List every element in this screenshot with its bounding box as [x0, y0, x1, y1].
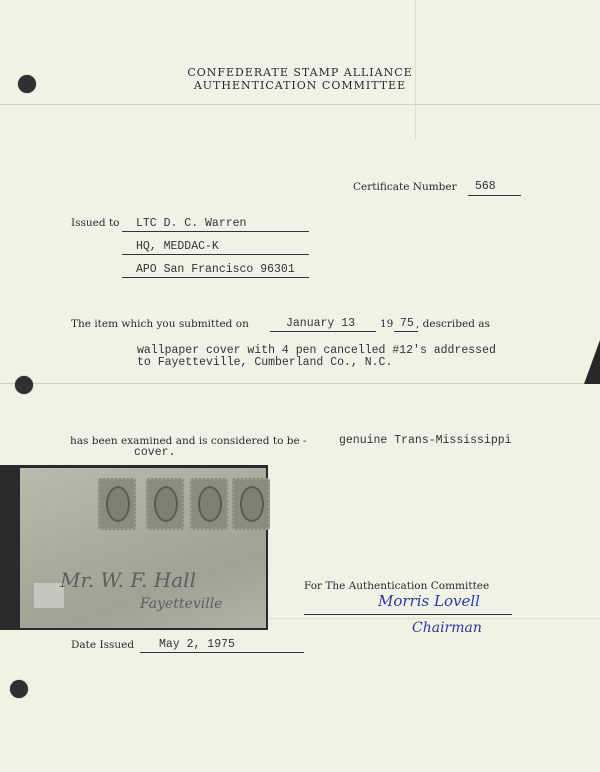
org-name: CONFEDERATE STAMP ALLIANCE	[0, 66, 600, 79]
underline	[122, 231, 309, 232]
recipient-name: LTC D. C. Warren	[136, 217, 246, 230]
examined-text: has been examined and is considered to b…	[70, 435, 307, 447]
cover-photo: Mr. W. F. Hall Fayetteville	[0, 465, 268, 630]
verdict-line2: cover.	[134, 446, 175, 459]
submission-year: 75	[400, 317, 414, 330]
fold-line	[0, 104, 600, 105]
punch-hole	[15, 376, 33, 394]
underline	[140, 652, 304, 653]
verdict-line1: genuine Trans-Mississippi	[339, 434, 512, 447]
committee-label: For The Authentication Committee	[304, 580, 489, 592]
item-description-line2: to Fayetteville, Cumberland Co., N.C.	[137, 356, 392, 369]
signature: Morris Lovell	[378, 592, 480, 610]
handwritten-city: Fayetteville	[140, 596, 222, 612]
recipient-unit: HQ, MEDDAC-K	[136, 240, 219, 253]
certificate-number-label: Certificate Number	[353, 181, 457, 193]
year-prefix: 19	[380, 318, 393, 330]
underline	[122, 254, 309, 255]
stamp-image	[98, 478, 136, 530]
date-issued-label: Date Issued	[71, 639, 134, 651]
underline	[468, 195, 521, 196]
certificate-page: CONFEDERATE STAMP ALLIANCE AUTHENTICATIO…	[0, 0, 600, 772]
submission-date: January 13	[286, 317, 355, 330]
issued-to-label: Issued to	[71, 217, 120, 229]
recipient-address: APO San Francisco 96301	[136, 263, 295, 276]
signature-line	[304, 614, 512, 615]
submission-text: The item which you submitted on	[71, 318, 249, 330]
stamp-image	[146, 478, 184, 530]
date-issued-value: May 2, 1975	[159, 638, 235, 651]
certificate-number: 568	[475, 180, 496, 193]
cover-image: Mr. W. F. Hall Fayetteville	[20, 468, 266, 628]
underline	[394, 331, 418, 332]
stamp-image	[232, 478, 270, 530]
underline	[270, 331, 376, 332]
fold-line	[0, 383, 600, 384]
stamp-image	[190, 478, 228, 530]
page-corner-shadow	[584, 340, 600, 384]
underline	[122, 277, 309, 278]
chairman-title: Chairman	[412, 620, 482, 636]
handwritten-address: Mr. W. F. Hall	[60, 568, 196, 592]
committee-name: AUTHENTICATION COMMITTEE	[0, 79, 600, 92]
described-as-text: , described as	[416, 318, 490, 330]
punch-hole	[10, 680, 28, 698]
